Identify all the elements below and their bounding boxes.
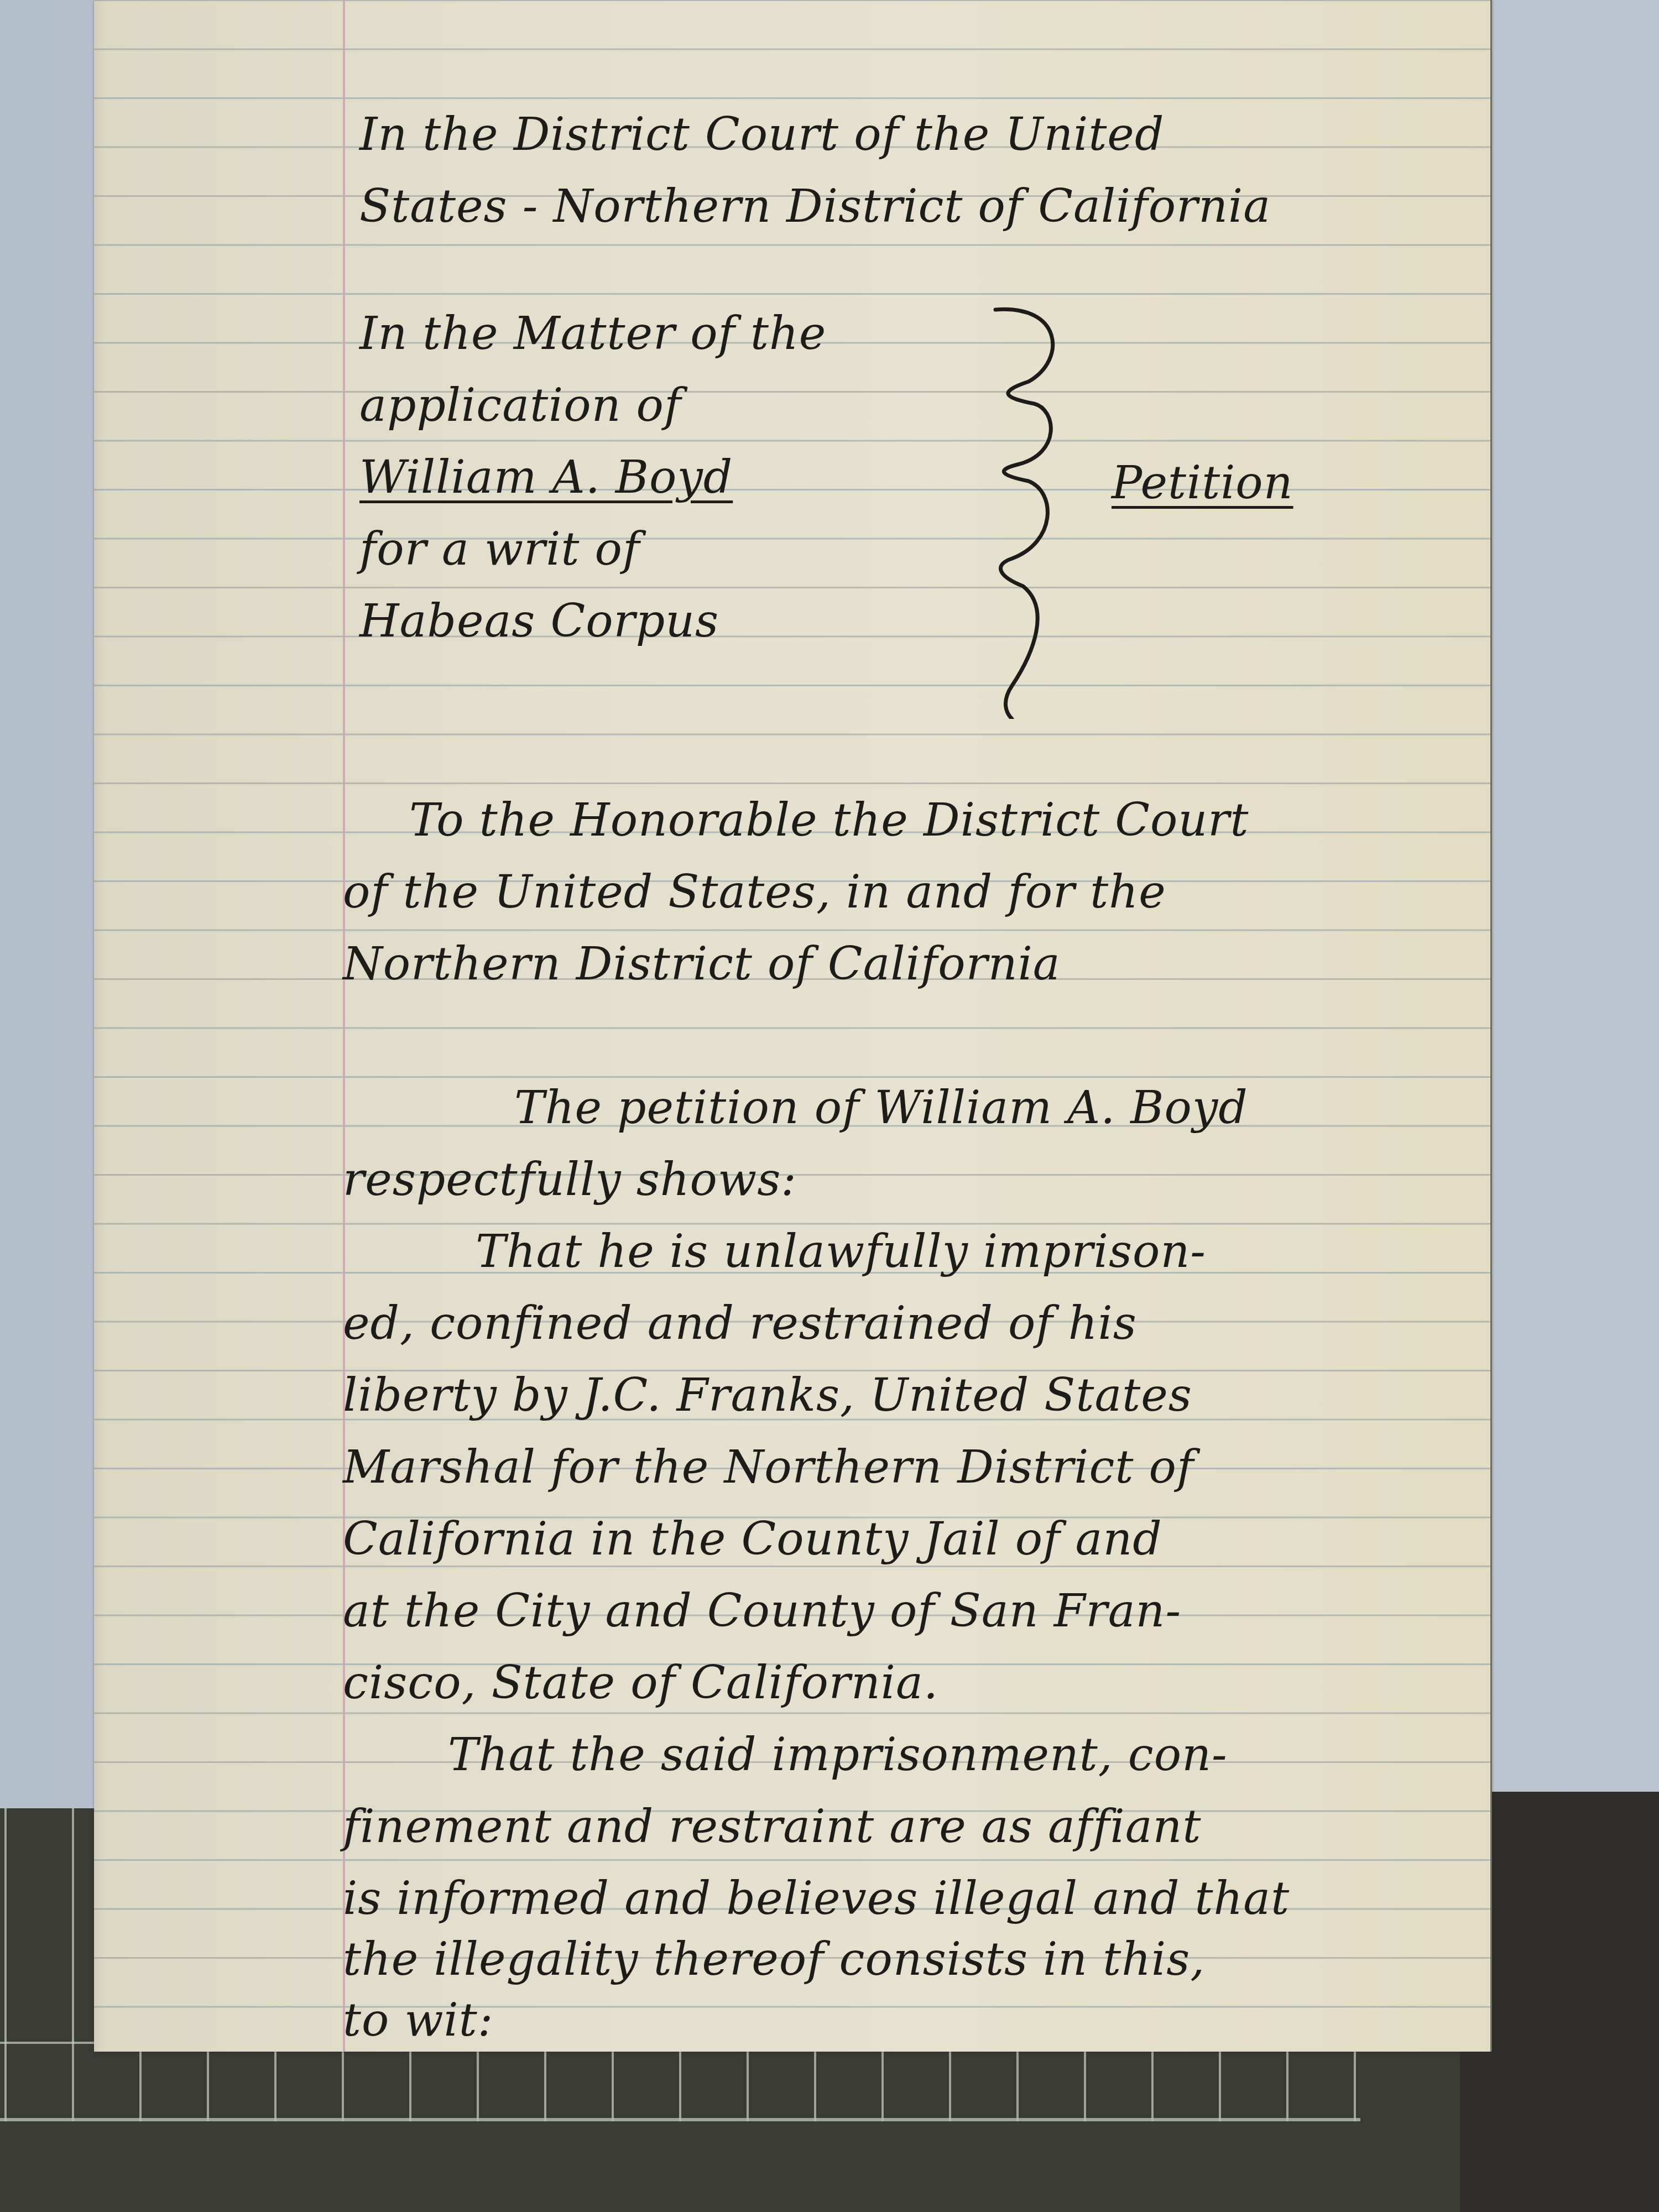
caption-line-1: In the Matter of the [359,310,826,358]
body-line-2: respectfully shows: [343,1156,797,1204]
caption-petitioner-name: William A. Boyd [359,453,733,502]
body-line-7: California in the County Jail of and [343,1515,1162,1564]
body-line-14: to wit: [343,1996,493,2045]
body-line-11: finement and restraint are as affiant [343,1803,1201,1851]
caption-label-petition: Petition [1112,459,1293,508]
body-line-10: That the said imprisonment, con- [448,1731,1228,1780]
body-line-13: the illegality thereof consists in this, [343,1936,1205,1984]
body-line-8: at the City and County of San Fran- [343,1587,1181,1636]
body-line-1: The petition of William A. Boyd [514,1084,1248,1133]
curly-brace-icon [973,299,1095,719]
ruled-paper-sheet: In the District Court of the United Stat… [94,0,1492,2052]
court-heading-line-1: In the District Court of the United [359,111,1164,159]
body-line-9: cisco, State of California. [343,1659,938,1708]
caption-line-2: application of [359,382,681,430]
address-line-3: Northern District of California [343,940,1061,989]
body-line-6: Marshal for the Northern District of [343,1443,1194,1492]
body-line-12: is informed and believes illegal and tha… [343,1875,1290,1923]
address-line-1: To the Honorable the District Court [409,796,1249,845]
body-line-4: ed, confined and restrained of his [343,1300,1137,1348]
caption-line-5: Habeas Corpus [359,597,719,646]
margin-line [343,0,345,2052]
caption-line-4: for a writ of [359,525,640,574]
body-line-3: That he is unlawfully imprison- [476,1228,1206,1276]
court-heading-line-2: States - Northern District of California [359,182,1271,231]
address-line-2: of the United States, in and for the [343,868,1166,917]
body-line-5: liberty by J.C. Franks, United States [343,1371,1192,1420]
